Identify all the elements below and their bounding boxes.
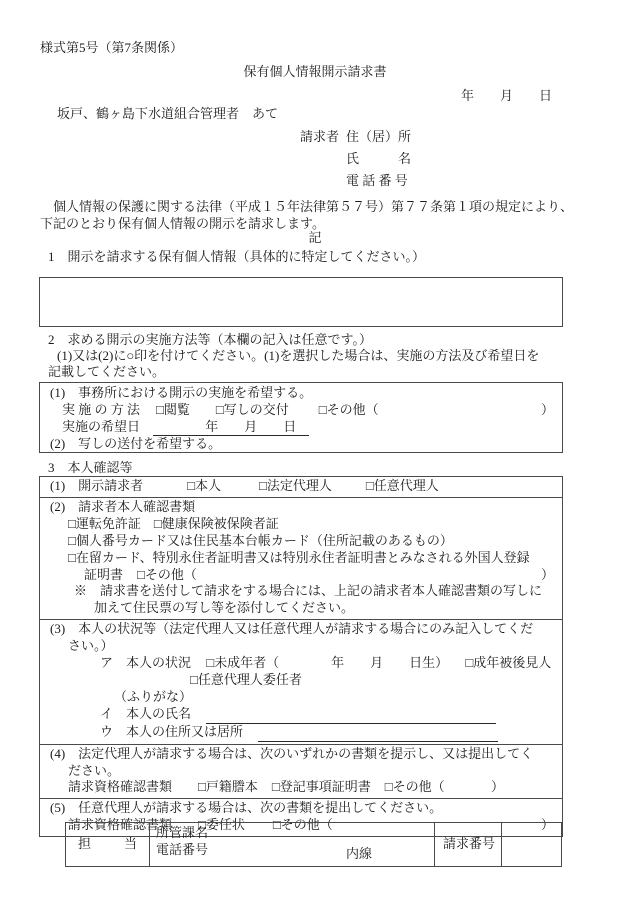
office-use-table: 担 当 所管課名 電話番号 内線 請求番号 <box>65 822 562 867</box>
form-title: 保有個人情報開示請求書 <box>0 64 630 81</box>
identity-other-close-paren: ） <box>541 567 554 584</box>
ki-marker: 記 <box>0 230 630 247</box>
checkbox-identity-other[interactable]: □その他（ <box>137 567 197 584</box>
qualification-docs-label: 請求資格確認書類 <box>68 779 172 796</box>
principal-address-blank[interactable] <box>258 724 498 742</box>
checkbox-self[interactable]: □本人 <box>187 478 221 495</box>
requester-phone-label: 電 話 番 号 <box>346 173 411 195</box>
department-name-label: 所管課名 <box>156 825 428 842</box>
document-page: 様式第5号（第7条関係） 保有個人情報開示請求書 年 月 日 坂戸、鶴ヶ島下水道… <box>0 0 630 903</box>
checkbox-method-other[interactable]: □その他（ <box>319 402 379 419</box>
desired-date-label: 実施の希望日 <box>62 419 140 434</box>
checkbox-health-insurance-card[interactable]: □健康保険被保険者証 <box>154 516 279 531</box>
office-disclosure-item: (1) 事務所における開示の実施を希望する。 <box>40 385 562 402</box>
section-1-heading: 1 開示を請求する保有個人情報（具体的に特定してください。） <box>48 249 425 266</box>
form-number: 様式第5号（第7条関係） <box>40 40 183 57</box>
disclosure-method-box: (1) 事務所における開示の実施を希望する。 実 施 の 方 法 □閲覧 □写し… <box>39 382 563 453</box>
residence-card-wrap: 証明書 <box>84 567 123 584</box>
request-number-value-cell[interactable] <box>501 823 563 866</box>
requested-info-input-box[interactable] <box>39 277 563 327</box>
request-number-label: 請求番号 <box>443 836 495 853</box>
section-2-note-2: 記載してください。 <box>48 364 165 380</box>
spacer-text <box>141 516 154 531</box>
identity-documents-label: (2) 請求者本人確認書類 <box>40 499 554 516</box>
requester-label: 請求者 <box>300 129 346 151</box>
requester-type-row: (1) 開示請求者 □本人 □法定代理人 □任意代理人 <box>40 477 562 497</box>
checkbox-voluntary-representative[interactable]: □任意代理人 <box>366 478 439 495</box>
principal-status-heading-1: (3) 本人の状況等（法定代理人又は任意代理人が請求する場合にのみ記入してくだ <box>40 621 554 638</box>
requester-address-label: 住（居）所 <box>346 129 411 151</box>
request-number-cell: 請求番号 <box>434 823 501 866</box>
checkbox-drivers-license[interactable]: □運転免許証 <box>68 516 141 531</box>
checkbox-minor[interactable]: □未成年者（ 年 月 日生） <box>206 655 448 670</box>
checkbox-mynumber-card[interactable]: □個人番号カード又は住民基本台帳カード（住所記載のあるもの） <box>40 533 554 550</box>
staff-in-charge-cell: 担 当 <box>66 823 149 866</box>
legal-representative-line-2: ださい。 <box>40 763 554 780</box>
legal-representative-line-1: (4) 法定代理人が請求する場合は、次のいずれかの書類を提示し、又は提出してく <box>40 746 554 763</box>
checkbox-voluntary-delegator[interactable]: □任意代理人委任者 <box>40 672 554 689</box>
identity-documents-row: (2) 請求者本人確認書類 □運転免許証 □健康保険被保険者証 □個人番号カード… <box>40 497 562 619</box>
requester-block: 請求者 住（居）所 氏 名 電 話 番 号 <box>300 129 411 195</box>
requester-name-label: 氏 名 <box>346 151 411 173</box>
staff-label-right: 当 <box>124 836 137 853</box>
checkbox-legal-other[interactable]: □その他（ <box>385 779 445 796</box>
date-line: 年 月 日 <box>461 88 552 105</box>
checkbox-residence-card[interactable]: □在留カード、特別永住者証明書又は特別永住者証明書とみなされる外国人登録 <box>40 550 554 567</box>
mailing-note-line-1: ※ 請求書を送付して請求をする場合には、上記の請求者本人確認書類の写しに <box>40 583 554 600</box>
staff-label-left: 担 <box>78 836 91 853</box>
voluntary-representative-line-1: (5) 任意代理人が請求する場合は、次の書類を提出してください。 <box>40 800 554 817</box>
checkbox-legal-representative[interactable]: □法定代理人 <box>259 478 332 495</box>
section-2-note-1: (1)又は(2)に○印を付けてください。(1)を選択した場合は、実施の方法及び希… <box>57 348 539 364</box>
phone-number-label: 電話番号 <box>156 842 428 859</box>
principal-status-heading-2: さい。） <box>40 638 554 655</box>
checkbox-adult-ward[interactable]: □成年被後見人 <box>465 655 551 670</box>
desired-date-blank[interactable]: 年 月 日 <box>153 419 309 437</box>
principal-status-row: (3) 本人の状況等（法定代理人又は任意代理人が請求する場合にのみ記入してくだ … <box>40 619 562 743</box>
intro-line-1: 個人情報の保護に関する法律（平成１５年法律第５７号）第７７条第１項の規定により、 <box>40 198 606 215</box>
requester-type-label: (1) 開示請求者 <box>50 478 143 495</box>
checkbox-inspection[interactable]: □閲覧 <box>156 402 190 419</box>
legal-representative-row: (4) 法定代理人が請求する場合は、次のいずれかの書類を提示し、又は提出してく … <box>40 744 562 799</box>
checkbox-registration-certificate[interactable]: □登記事項証明書 <box>272 779 371 796</box>
principal-name-blank[interactable] <box>206 706 496 724</box>
intro-paragraph: 個人情報の保護に関する法律（平成１５年法律第５７号）第７７条第１項の規定により、… <box>40 198 606 232</box>
department-cell: 所管課名 電話番号 内線 <box>149 823 434 866</box>
furigana-label: （ふりがな） <box>40 689 554 706</box>
principal-address-label: ウ 本人の住所又は居所 <box>100 724 243 739</box>
principal-name-label: イ 本人の氏名 <box>100 706 191 721</box>
checkbox-copy-delivery[interactable]: □写しの交付 <box>216 402 289 419</box>
method-other-close-paren: ） <box>541 402 554 419</box>
method-label: 実 施 の 方 法 <box>62 402 140 419</box>
principal-status-label: ア 本人の状況 <box>100 655 191 670</box>
extension-label: 内線 <box>346 846 372 863</box>
legal-other-close-paren: ） <box>491 779 504 796</box>
checkbox-family-register[interactable]: □戸籍謄本 <box>198 779 258 796</box>
copy-mailing-item: (2) 写しの送付を希望する。 <box>40 436 562 453</box>
identity-verification-box: (1) 開示請求者 □本人 □法定代理人 □任意代理人 (2) 請求者本人確認書… <box>39 476 563 837</box>
section-2-heading: 2 求める開示の実施方法等（本欄の記入は任意です。） <box>48 332 372 349</box>
addressee-line: 坂戸、鶴ヶ島下水道組合管理者 あて <box>57 106 278 123</box>
section-3-heading: 3 本人確認等 <box>48 460 133 477</box>
mailing-note-line-2: 加えて住民票の写し等を添付してください。 <box>40 600 554 617</box>
